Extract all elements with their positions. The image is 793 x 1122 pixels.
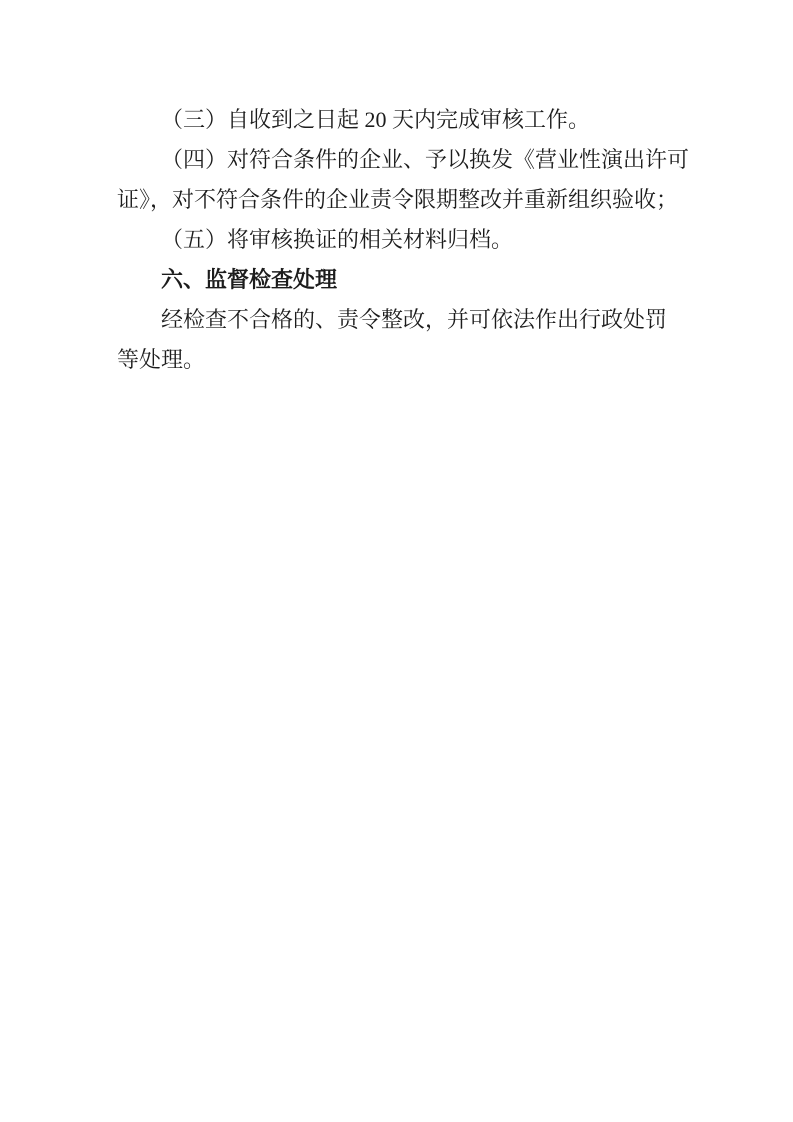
paragraph-item-3: （三）自收到之日起 20 天内完成审核工作。 (117, 100, 709, 140)
document-body: （三）自收到之日起 20 天内完成审核工作。（四）对符合条件的企业、予以换发《营… (117, 100, 709, 380)
text-line: 等处理。 (117, 340, 709, 380)
text-line: （四）对符合条件的企业、予以换发《营业性演出许可 (117, 140, 709, 180)
section-heading-6: 六、监督检查处理 (117, 260, 709, 300)
paragraph-item-5: （五）将审核换证的相关材料归档。 (117, 220, 709, 260)
document-page: （三）自收到之日起 20 天内完成审核工作。（四）对符合条件的企业、予以换发《营… (0, 0, 793, 1122)
paragraph-item-4: （四）对符合条件的企业、予以换发《营业性演出许可证》，对不符合条件的企业责令限期… (117, 140, 709, 220)
text-line: （五）将审核换证的相关材料归档。 (117, 220, 709, 260)
text-line: 六、监督检查处理 (117, 260, 709, 300)
text-line: （三）自收到之日起 20 天内完成审核工作。 (117, 100, 709, 140)
text-line: 经检查不合格的、责令整改，并可依法作出行政处罚 (117, 300, 709, 340)
paragraph-closing: 经检查不合格的、责令整改，并可依法作出行政处罚等处理。 (117, 300, 709, 380)
text-line: 证》，对不符合条件的企业责令限期整改并重新组织验收； (117, 180, 709, 220)
